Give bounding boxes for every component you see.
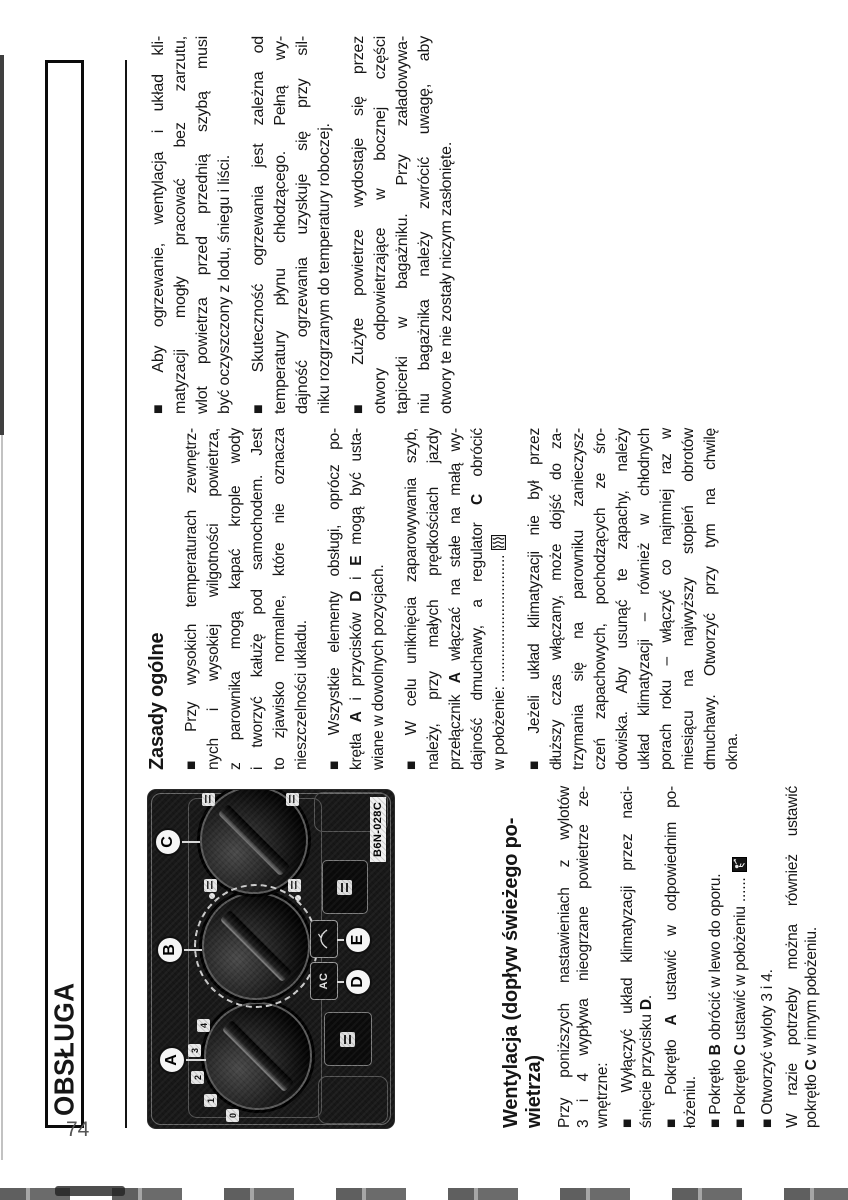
paragraph: ■ Zużyte powietrze wydostaje się przezot… (348, 36, 458, 414)
vent-sticker-icon (337, 880, 352, 895)
paragraph: ■ Wyłączyć układ klimatyzacji przez naci… (618, 786, 656, 1128)
paragraph: ■ Aby ogrzewanie, wentylacja i układ kli… (148, 36, 236, 414)
callout-leader (184, 949, 202, 951)
header-bar: OBSŁUGA (45, 60, 84, 1128)
scan-artifact (0, 1188, 848, 1200)
knob-pointer (218, 804, 290, 876)
ac-button-label: AC (318, 973, 330, 990)
fan-position-label: 2 (191, 1071, 204, 1084)
header-rule (125, 60, 127, 1128)
fan-position-label: 3 (188, 1044, 201, 1057)
callout-leader (186, 1059, 206, 1061)
column-right: ■ Aby ogrzewanie, wentylacja i układ kli… (148, 36, 470, 414)
scan-artifact (1, 435, 3, 1160)
callout-leader (337, 939, 344, 941)
temperature-scale-ring (194, 884, 318, 1008)
recirculation-icon (317, 927, 331, 951)
fan-position-label: 1 (204, 1094, 217, 1107)
callout-e: E (344, 926, 372, 954)
column-left: Wentylacja (dopływ świeżego po- wietrza)… (500, 786, 827, 1128)
airflow-pictogram-icon (286, 793, 299, 806)
airflow-pictogram-icon (202, 793, 215, 806)
knob-pointer (222, 1020, 294, 1092)
paragraph: ■ Pokrętło A ustawić w odpowiednim po-ło… (662, 786, 700, 1128)
paragraph: W razie potrzeby można również ustawićpo… (783, 786, 821, 1128)
ac-button: AC (310, 962, 338, 1000)
paragraph: ■ Wszystkie elementy obsługi, oprócz po-… (324, 428, 390, 770)
scan-artifact (55, 1186, 125, 1196)
paragraph: ■ W celu uniknięcia zaparowywania szyb,n… (401, 428, 513, 770)
paragraph: ■ Otworzyć wyloty 3 i 4. (758, 786, 777, 1128)
column-middle: Zasady ogólne ■ Przy wysokich temperatur… (146, 428, 755, 770)
temperature-scale-dot (209, 893, 215, 899)
paragraph: ■ Skuteczność ogrzewania jest zależna od… (248, 36, 336, 414)
callout-a: A (158, 1046, 186, 1074)
recirculation-button (310, 920, 338, 958)
callout-leader (337, 981, 344, 983)
callout-d: D (344, 968, 372, 996)
figure-control-panel: 0 1 2 3 4 A B C AC (148, 790, 394, 1128)
paragraph: Przy poniższych nastawieniach z wylotów3… (555, 786, 612, 1128)
paragraph: ■ Jeżeli układ klimatyzacji nie był prze… (524, 428, 744, 770)
callout-leader (182, 841, 200, 843)
vent-sticker-icon (340, 1032, 355, 1047)
fan-position-label: 4 (197, 1019, 210, 1032)
defrost-icon (491, 535, 513, 550)
airflow-pictogram-icon (204, 879, 217, 892)
corner-vent-outline (318, 1076, 388, 1124)
paragraph: ■ Przy wysokich temperaturach zewnętrz-n… (181, 428, 313, 770)
fan-knob-a (204, 1002, 312, 1110)
page-number: 74 (66, 1118, 89, 1142)
section-heading-zasady: Zasady ogólne (146, 428, 169, 770)
section-heading-wentylacja: Wentylacja (dopływ świeżego po- wietrza) (500, 786, 546, 1128)
paragraph: ■ Pokrętło C ustawić w położeniu ...... (731, 786, 752, 1128)
scanned-manual-page: OBSŁUGA 0 1 2 (0, 0, 848, 1200)
vent-plate-left (324, 1012, 372, 1066)
vent-plate-right (322, 860, 368, 914)
fan-position-label: 0 (226, 1109, 239, 1122)
temperature-scale-dot (295, 895, 301, 901)
scan-artifact (0, 55, 4, 435)
callout-b: B (156, 936, 184, 964)
figure-code-label: B6N-028C (370, 797, 386, 862)
paragraph: ■ Pokrętło B obrócić w lewo do oporu. (706, 786, 725, 1128)
airflow-pictogram-icon (288, 879, 301, 892)
manual-page-rotated: OBSŁUGA 0 1 2 (0, 0, 848, 1200)
face-airflow-icon (732, 857, 752, 872)
page-title: OBSŁUGA (48, 983, 81, 1126)
callout-c: C (154, 828, 182, 856)
